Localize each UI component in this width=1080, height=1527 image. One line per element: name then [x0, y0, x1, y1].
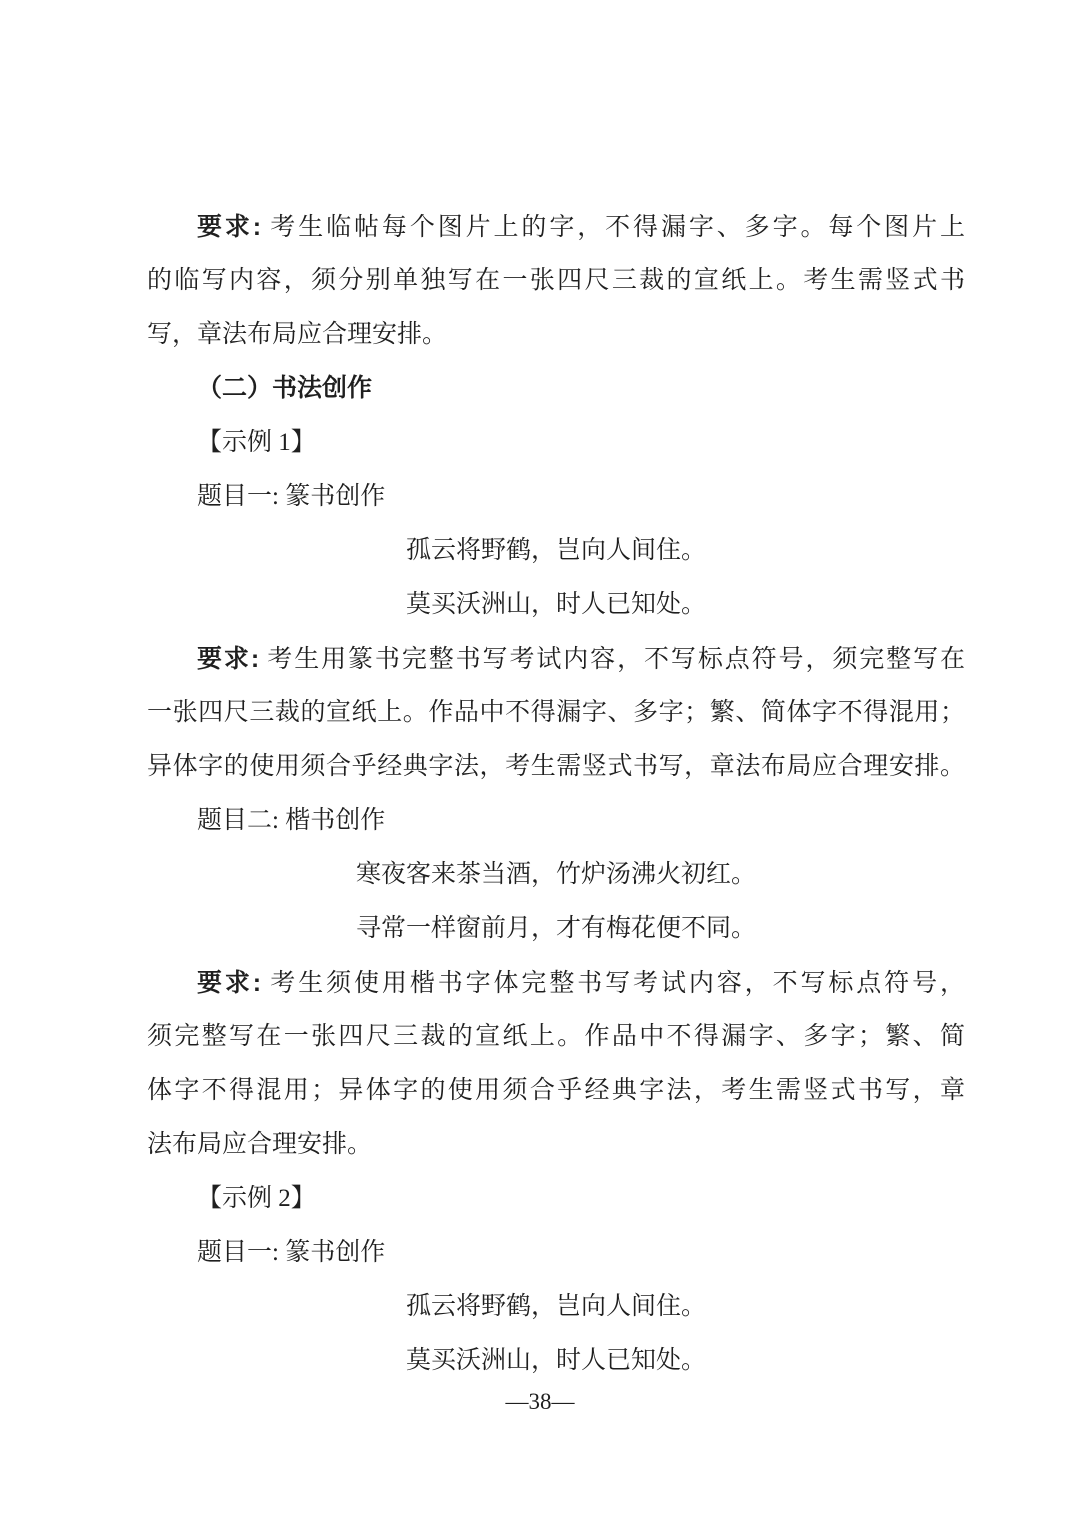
paragraph-line: 一张四尺三裁的宣纸上。作品中不得漏字、多字；繁、简体字不得混用； [147, 686, 965, 740]
requirement-label: 要求: [197, 645, 259, 673]
paragraph-line-first: 要求: 考生须使用楷书字体完整书写考试内容，不写标点符号， [147, 956, 965, 1010]
item-label: 题目二: 楷书创作 [147, 794, 965, 848]
paragraph-line-first: 要求: 考生用篆书完整书写考试内容，不写标点符号，须完整写在 [147, 632, 965, 686]
item-label: 【示例 1】 [147, 416, 965, 470]
poem-line: 莫买沃洲山，时人已知处。 [147, 578, 965, 632]
poem-line: 寒夜客来茶当酒，竹炉汤沸火初红。 [147, 848, 965, 902]
document-body: 要求: 考生临帖每个图片上的字，不得漏字、多字。每个图片上的临写内容，须分别单独… [147, 200, 965, 1388]
page-footer: —38— [0, 1380, 1080, 1424]
document-page: 要求: 考生临帖每个图片上的字，不得漏字、多字。每个图片上的临写内容，须分别单独… [0, 0, 1080, 1527]
poem-line: 寻常一样窗前月，才有梅花便不同。 [147, 902, 965, 956]
poem-line: 孤云将野鹤，岂向人间住。 [147, 524, 965, 578]
paragraph-line: 异体字的使用须合乎经典字法，考生需竖式书写，章法布局应合理安排。 [147, 740, 965, 794]
section-heading: （二）书法创作 [147, 362, 965, 416]
paragraph-line: 须完整写在一张四尺三裁的宣纸上。作品中不得漏字、多字；繁、简 [147, 1010, 965, 1064]
item-label: 题目一: 篆书创作 [147, 470, 965, 524]
item-label: 题目一: 篆书创作 [147, 1226, 965, 1280]
paragraph-line-last: 法布局应合理安排。 [147, 1118, 965, 1172]
requirement-label: 要求: [197, 969, 261, 997]
item-label: 【示例 2】 [147, 1172, 965, 1226]
paragraph-line: 体字不得混用；异体字的使用须合乎经典字法，考生需竖式书写，章 [147, 1064, 965, 1118]
requirement-label: 要求: [197, 213, 261, 241]
poem-line: 孤云将野鹤，岂向人间住。 [147, 1280, 965, 1334]
paragraph-line: 的临写内容，须分别单独写在一张四尺三裁的宣纸上。考生需竖式书 [147, 254, 965, 308]
paragraph-line-first: 要求: 考生临帖每个图片上的字，不得漏字、多字。每个图片上 [147, 200, 965, 254]
page-number: —38— [506, 1389, 575, 1414]
paragraph-line-last: 写，章法布局应合理安排。 [147, 308, 965, 362]
